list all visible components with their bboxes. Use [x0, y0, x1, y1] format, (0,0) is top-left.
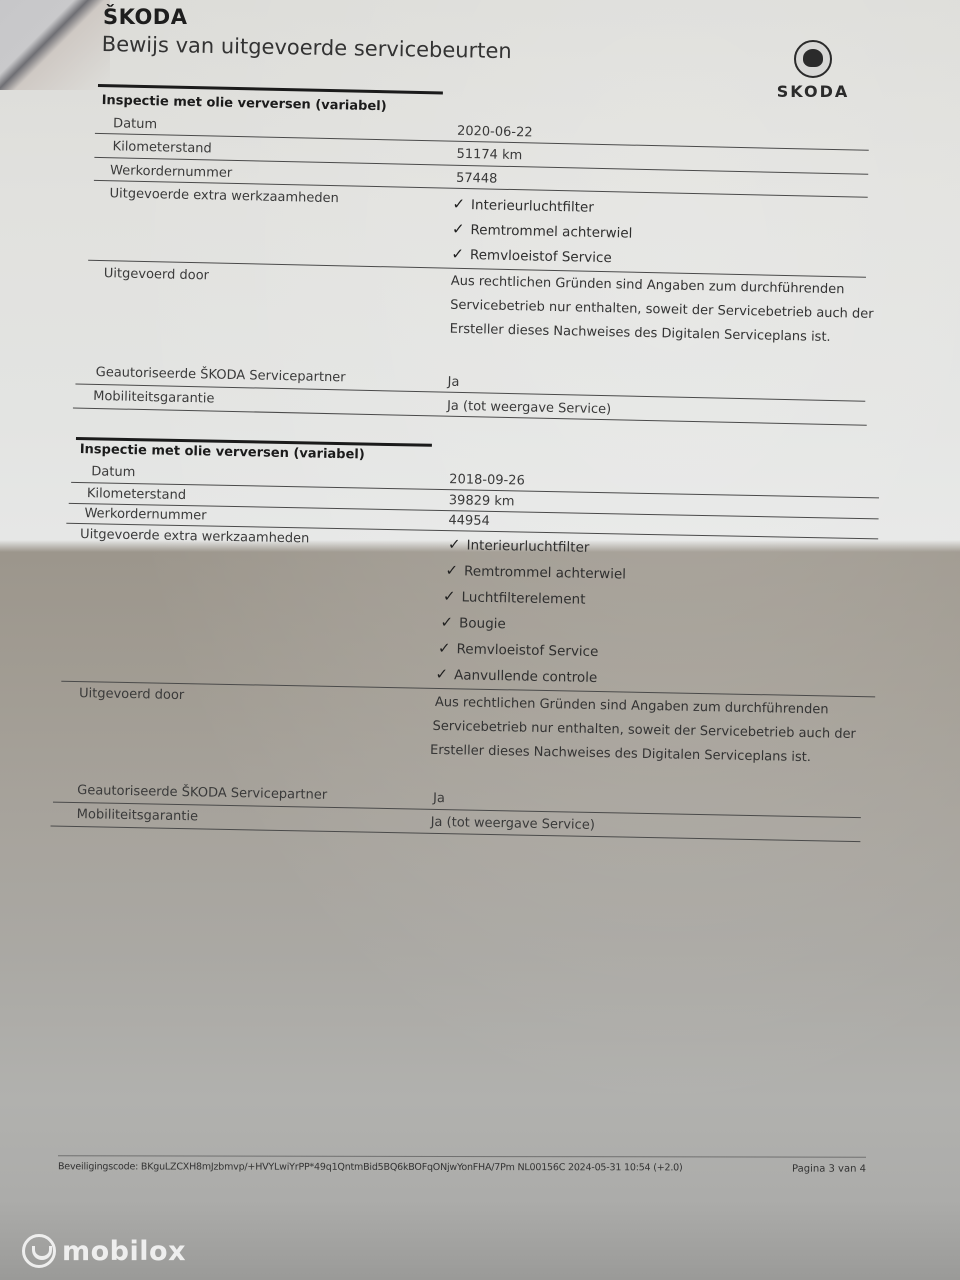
extra-item: ✓Interieurluchtfilter [452, 195, 594, 216]
row-performed-by: Uitgevoerd door Aus rechtlichen Gründen … [82, 261, 866, 378]
document-title: Bewijs van uitgevoerde servicebeurten [102, 32, 512, 63]
service-entry-2: Inspectie met olie verversen (variabel) … [0, 436, 960, 454]
row-label: Mobiliteitsgarantie [93, 389, 215, 407]
brand-name: ŠKODA [103, 5, 188, 29]
page-number: Pagina 3 van 4 [792, 1164, 866, 1175]
document-footer: Beveiligingscode: BKguLZCXH8mJzbmvp/+HVY… [58, 1155, 866, 1157]
service-record-document: ŠKODA Bewijs van uitgevoerde servicebeur… [0, 0, 960, 1280]
row-label: Kilometerstand [87, 486, 186, 503]
check-icon: ✓ [452, 195, 465, 213]
row-label: Uitgevoerde extra werkzaamheden [109, 186, 339, 206]
legal-note: Ersteller dieses Nachweises des Digitale… [450, 322, 831, 345]
row-label: Datum [113, 116, 157, 132]
row-label: Kilometerstand [112, 139, 211, 156]
skoda-logo: SKODA [770, 40, 856, 101]
logo-wordmark: SKODA [770, 82, 856, 101]
row-label: Uitgevoerde extra werkzaamheden [80, 527, 310, 546]
legal-note: Ersteller dieses Nachweises des Digitale… [430, 743, 811, 765]
row-value: 2018-09-26 [449, 472, 525, 488]
section-rule [98, 84, 443, 95]
row-value: 39829 km [449, 493, 515, 509]
legal-note: Servicebetrieb nur enthalten, soweit der… [450, 298, 874, 322]
section-title: Inspectie met olie verversen (variabel) [80, 442, 365, 462]
security-code: Beveiligingscode: BKguLZCXH8mJzbmvp/+HVY… [58, 1161, 683, 1173]
row-label: Geautoriseerde ŠKODA Servicepartner [77, 783, 327, 803]
row-value: Ja [433, 791, 445, 806]
check-icon: ✓ [451, 245, 464, 263]
extra-item: ✓Remtrommel achterwiel [445, 561, 626, 582]
legal-note: Servicebetrieb nur enthalten, soweit der… [432, 719, 856, 742]
check-icon: ✓ [452, 220, 465, 238]
check-icon: ✓ [440, 613, 453, 631]
check-icon: ✓ [448, 535, 461, 553]
row-value: 57448 [456, 171, 498, 187]
legal-note: Aus rechtlichen Gründen sind Angaben zum… [435, 695, 829, 718]
row-value: 2020-06-22 [457, 124, 533, 141]
row-value: 51174 km [456, 147, 522, 163]
extra-item: ✓Bougie [440, 613, 506, 632]
skoda-winged-arrow-icon [794, 40, 832, 78]
extra-item: ✓Remvloeistof Service [451, 245, 612, 266]
row-label: Geautoriseerde ŠKODA Servicepartner [96, 365, 346, 385]
row-value: 44954 [448, 513, 490, 529]
extra-item: ✓Remtrommel achterwiel [452, 220, 633, 242]
check-icon: ✓ [443, 587, 456, 605]
row-label: Datum [91, 464, 135, 480]
extra-item: ✓Luchtfilterelement [443, 587, 586, 608]
row-value: Ja [447, 375, 459, 390]
row-label: Mobiliteitsgarantie [77, 807, 199, 824]
row-performed-by: Uitgevoerd door Aus rechtlichen Gründen … [55, 682, 869, 798]
legal-note: Aus rechtlichen Gründen sind Angaben zum… [451, 274, 845, 298]
extra-item: ✓Remvloeistof Service [438, 639, 599, 660]
section-title: Inspectie met olie verversen (variabel) [101, 93, 386, 114]
check-icon: ✓ [438, 639, 451, 657]
watermark-text: mobilox [62, 1236, 186, 1267]
row-label: Werkordernummer [84, 506, 206, 523]
extra-item: ✓Aanvullende controle [435, 665, 597, 686]
row-label: Uitgevoerd door [79, 686, 184, 703]
check-icon: ✓ [445, 561, 458, 579]
mobilox-logo-icon [22, 1234, 56, 1268]
mobilox-watermark: mobilox [22, 1234, 186, 1268]
row-extra-work: Uitgevoerde extra werkzaamheden ✓Interie… [61, 524, 878, 698]
check-icon: ✓ [435, 665, 448, 683]
row-label: Uitgevoerd door [104, 266, 209, 283]
row-value: Ja (tot weergave Service) [431, 815, 595, 833]
row-label: Werkordernummer [110, 163, 232, 181]
extra-item: ✓Interieurluchtfilter [448, 535, 590, 556]
row-value: Ja (tot weergave Service) [447, 399, 611, 418]
